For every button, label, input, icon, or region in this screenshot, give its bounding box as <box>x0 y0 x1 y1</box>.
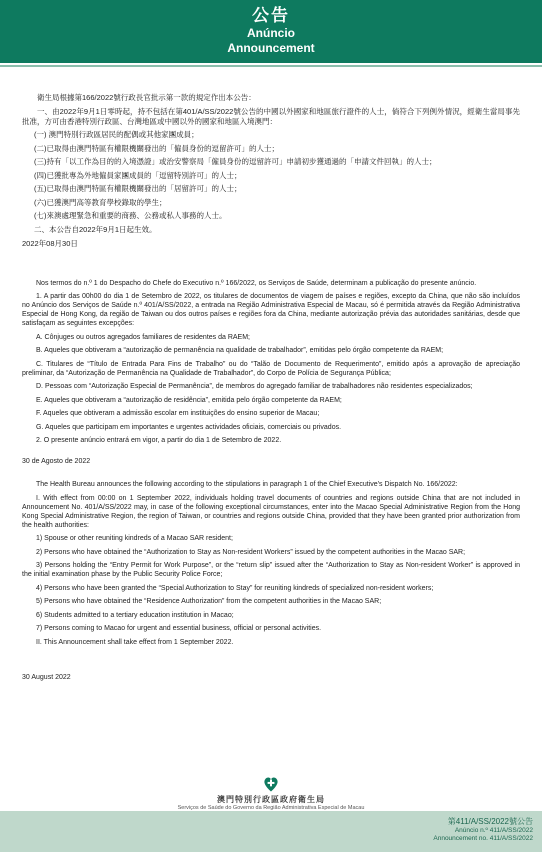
en-item-7: 7) Persons coming to Macao for urgent an… <box>22 624 520 633</box>
pt-item-a: A. Cônjuges ou outros agregados familiar… <box>22 333 520 342</box>
announcement-ref-pt: Anúncio n.º 411/A/SS/2022 <box>0 827 533 836</box>
pt-item-e: E. Aqueles que obtiveram a “autorização … <box>22 396 520 405</box>
announcement-ref-en: Announcement no. 411/A/SS/2022 <box>0 835 533 844</box>
org-name-zh: 澳門特別行政區政府衛生局 <box>0 796 542 805</box>
en-paragraph-1: I. With effect from 00:00 on 1 September… <box>22 494 520 530</box>
en-date: 30 August 2022 <box>22 673 520 682</box>
page-title-zh: 公告 <box>0 5 542 26</box>
en-paragraph-2: II. This Announcement shall take effect … <box>22 638 520 647</box>
en-intro: The Health Bureau announces the followin… <box>22 480 520 489</box>
en-item-2: 2) Persons who have obtained the “Author… <box>22 548 520 557</box>
zh-date: 2022年08月30日 <box>22 239 520 249</box>
zh-item-1: (一) 澳門特別行政區居民的配偶或其他家團成員； <box>22 130 520 140</box>
chinese-section: 衛生局根據第166/2022號行政長官批示第一款的規定作出本公告： 一、由202… <box>22 93 520 249</box>
health-bureau-heart-cross-logo <box>261 774 281 794</box>
pt-paragraph-1: 1. A partir das 00h00 do dia 1 de Setemb… <box>22 292 520 328</box>
pt-paragraph-2: 2. O presente anúncio entrará em vigor, … <box>22 436 520 445</box>
pt-intro: Nos termos do n.º 1 do Despacho do Chefe… <box>22 279 520 288</box>
document-body: 衛生局根據第166/2022號行政長官批示第一款的規定作出本公告： 一、由202… <box>0 67 542 682</box>
en-item-6: 6) Students admitted to a tertiary educa… <box>22 611 520 620</box>
zh-item-3: (三)持有「以工作為目的的入境憑證」或治安警察局「僱員身份的逗留許可」申請初步獲… <box>22 157 520 167</box>
pt-item-d: D. Pessoas com “Autorização Especial de … <box>22 382 520 391</box>
pt-item-f: F. Aqueles que obtiveram a admissão esco… <box>22 409 520 418</box>
pt-date: 30 de Agosto de 2022 <box>22 457 520 466</box>
page-title-en: Announcement <box>0 41 542 56</box>
zh-item-5: (五)已取得由澳門特區有權限機關發出的「居留許可」的人士； <box>22 184 520 194</box>
zh-paragraph-1: 一、由2022年9月1日零時起，持不包括在第401/A/SS/2022號公告的中… <box>22 107 520 127</box>
pt-item-g: G. Aqueles que participam em importantes… <box>22 423 520 432</box>
header-banner: 公告 Anúncio Announcement <box>0 0 542 63</box>
pt-item-c: C. Titulares de “Título de Entrada Para … <box>22 360 520 378</box>
zh-paragraph-2: 二、本公告自2022年9月1日起生效。 <box>22 225 520 235</box>
page-title-pt: Anúncio <box>0 26 542 41</box>
en-item-1: 1) Spouse or other reuniting kindreds of… <box>22 534 520 543</box>
zh-item-7: (七)來澳處理緊急和重要的商務、公務或私人事務的人士。 <box>22 211 520 221</box>
en-item-5: 5) Persons who have obtained the “Reside… <box>22 597 520 606</box>
announcement-ref-zh: 第411/A/SS/2022號公告 <box>0 817 533 827</box>
announcement-page: 公告 Anúncio Announcement 衛生局根據第166/2022號行… <box>0 0 542 852</box>
portuguese-section: Nos termos do n.º 1 do Despacho do Chefe… <box>22 279 520 467</box>
zh-item-2: (二)已取得由澳門特區有權限機關發出的「僱員身份的逗留許可」的人士； <box>22 144 520 154</box>
zh-item-4: (四)已獲批專為外地僱員家團成員的「逗留特別許可」的人士； <box>22 171 520 181</box>
english-section: The Health Bureau announces the followin… <box>22 480 520 682</box>
zh-item-6: (六)已獲澳門高等教育學校錄取的學生； <box>22 198 520 208</box>
pt-item-b: B. Aqueles que obtiveram a “autorização … <box>22 346 520 355</box>
en-item-4: 4) Persons who have been granted the “Sp… <box>22 584 520 593</box>
footer-reference-bar: 第411/A/SS/2022號公告 Anúncio n.º 411/A/SS/2… <box>0 811 542 852</box>
zh-intro: 衛生局根據第166/2022號行政長官批示第一款的規定作出本公告： <box>22 93 520 103</box>
footer-signature-block: 澳門特別行政區政府衛生局 Serviços de Saúde do Govern… <box>0 774 542 811</box>
en-item-3: 3) Persons holding the “Entry Permit for… <box>22 561 520 579</box>
